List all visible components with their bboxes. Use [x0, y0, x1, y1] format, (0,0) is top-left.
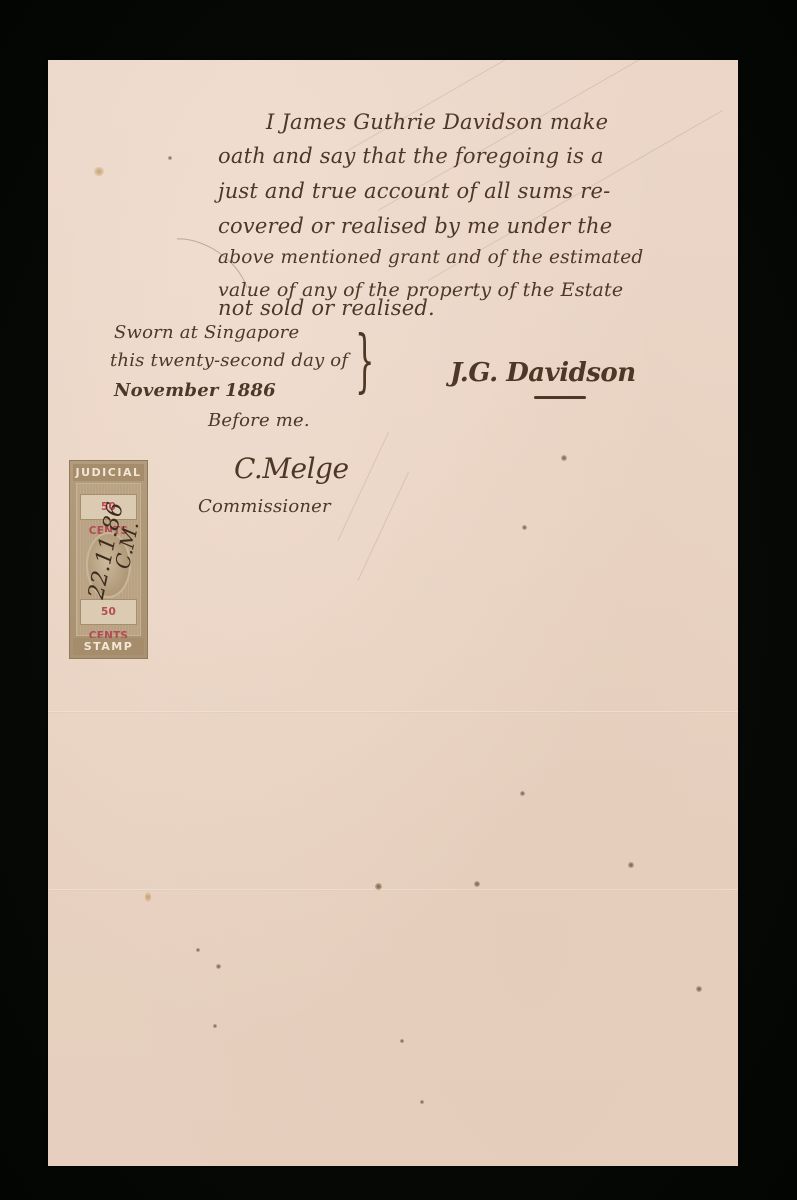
- foxing-spot: [522, 525, 527, 530]
- foxing-spot: [168, 156, 172, 160]
- foxing-spot: [216, 964, 221, 969]
- judicial-stamp: JUDICIAL 50 CENTS 50 CENTS STAMP 22.11.8…: [69, 460, 148, 659]
- guide-line: [338, 432, 390, 541]
- oath-line-1: I James Guthrie Davidson make: [266, 112, 608, 133]
- commissioner-title: Commissioner: [198, 496, 331, 517]
- foxing-spot: [196, 948, 200, 952]
- commissioner-signature: C.Melge: [234, 452, 349, 485]
- stamp-top-label: JUDICIAL: [73, 464, 144, 481]
- foxing-spot: [213, 1024, 217, 1028]
- paper-fold: [48, 889, 738, 891]
- guide-line: [348, 60, 695, 151]
- signature-underline: [534, 396, 586, 399]
- foxing-stain: [94, 167, 104, 176]
- jurat-line-3: November 1886: [114, 380, 276, 401]
- document-paper: I James Guthrie Davidson make oath and s…: [48, 60, 738, 1166]
- stamp-lower-value: 50 CENTS: [80, 599, 137, 625]
- guide-line: [358, 472, 410, 581]
- oath-line-3: just and true account of all sums re-: [218, 181, 610, 202]
- jurat-line-2: this twenty-second day of: [110, 350, 348, 371]
- deponent-signature: J.G. Davidson: [450, 358, 636, 388]
- oath-line-7: not sold or realised.: [218, 298, 435, 319]
- foxing-spot: [696, 986, 702, 992]
- jurat-line-1: Sworn at Singapore: [114, 322, 299, 343]
- foxing-spot: [420, 1100, 424, 1104]
- stamp-bottom-label: STAMP: [73, 638, 144, 655]
- jurat-brace: }: [355, 328, 374, 396]
- foxing-spot: [400, 1039, 404, 1043]
- foxing-spot: [474, 881, 480, 887]
- foxing-spot: [375, 883, 382, 890]
- paper-fold: [48, 711, 738, 713]
- oath-line-5: above mentioned grant and of the estimat…: [218, 249, 643, 268]
- oath-line-2: oath and say that the foregoing is a: [218, 146, 604, 167]
- foxing-spot: [628, 862, 634, 868]
- foxing-spot: [561, 455, 567, 461]
- jurat-before-me: Before me.: [208, 410, 310, 431]
- oath-line-4: covered or realised by me under the: [218, 216, 612, 237]
- foxing-spot: [520, 791, 525, 796]
- foxing-stain: [145, 892, 151, 902]
